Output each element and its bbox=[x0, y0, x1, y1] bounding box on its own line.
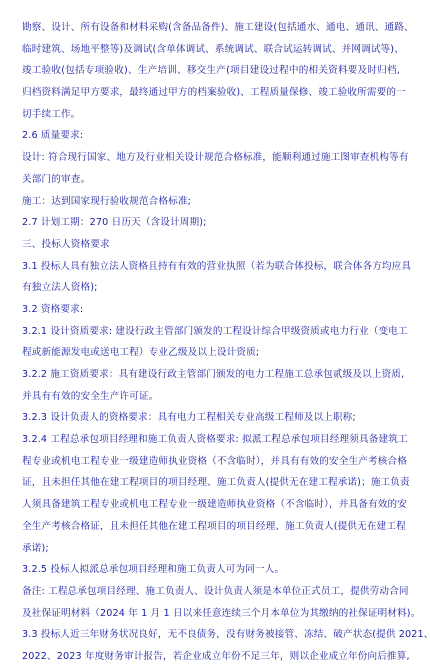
clause-3-2-1-line-2: 程或新能源发电或送电工程）专业乙级及以上设计资质; bbox=[22, 342, 404, 364]
clause-3-2-3: 3.2.3 设计负责人的资格要求：具有电力工程相关专业高级工程师及以上职称; bbox=[22, 407, 404, 429]
clause-3-2-heading: 3.2 资格要求: bbox=[22, 299, 404, 321]
paragraph-scope-line-1: 勘察、设计、所有设备和材料采购(含备品备件)、施工建设(包括通水、通电、通讯、通… bbox=[22, 17, 400, 39]
clause-3-2-5: 3.2.5 投标人拟派总承包项目经理和施工负责人可为同一人。 bbox=[22, 559, 404, 581]
quality-design-line-2: 关部门的审查。 bbox=[22, 169, 404, 191]
clause-3-2-1-line-1: 3.2.1 设计资质要求: 建设行政主管部门颁发的工程设计综合甲级资质或电力行业… bbox=[22, 321, 400, 343]
clause-3-2-4-line-3: 证，且未担任其他在建工程项目的项目经理、施工负责人(提供无在建工程承诺)；施工负… bbox=[22, 472, 400, 494]
clause-3-2-2-line-2: 并具有有效的安全生产许可证。 bbox=[22, 386, 404, 408]
paragraph-scope-line-4: 归档资料满足甲方要求，最终通过甲方的档案验收)、工程质量保修、竣工验收所需要的一 bbox=[22, 82, 400, 104]
clause-3-1-line-2: 有独立法人资格); bbox=[22, 277, 404, 299]
section-heading-quality: 2.6 质量要求: bbox=[22, 125, 404, 147]
section-heading-qualification: 三、投标人资格要求 bbox=[22, 234, 404, 256]
clause-3-3-line-2: 2022、2023 年度财务审计报告，若企业成立年份不足三年，则以企业成立年份向… bbox=[22, 646, 400, 665]
clause-3-2-4-line-4: 人须具备建筑工程专业或机电工程专业一级建造师执业资格（不含临时），并具备有效的安 bbox=[22, 494, 400, 516]
clause-3-3-line-1: 3.3 投标人近三年财务状况良好，无不良债务，没有财务被接管、冻结、破产状态(提… bbox=[22, 624, 400, 646]
clause-3-2-4-line-2: 程专业或机电工程专业一级建造师执业资格（不含临时），并具有有效的安全生产考核合格 bbox=[22, 451, 400, 473]
remark-line-2: 及社保证明材料（2024 年 1 月 1 日以来任意连续三个月本单位为其缴纳的社… bbox=[22, 603, 400, 625]
paragraph-scope-line-3: 竣工验收(包括专项验收)、生产培训、移交生产(项目建设过程中的相关资料要及时归档… bbox=[22, 60, 400, 82]
clause-3-2-4-line-6: 承诺); bbox=[22, 538, 404, 560]
clause-3-2-4-line-1: 3.2.4 工程总承包项目经理和施工负责人资格要求: 拟派工程总承包项目经理须具… bbox=[22, 429, 400, 451]
quality-design-line-1: 设计: 符合现行国家、地方及行业相关设计规范合格标准，能顺利通过施工图审查机构等… bbox=[22, 147, 400, 169]
section-heading-schedule: 2.7 计划工期：270 日历天（含设计周期); bbox=[22, 212, 404, 234]
document-page: 勘察、设计、所有设备和材料采购(含备品备件)、施工建设(包括通水、通电、通讯、通… bbox=[22, 17, 404, 665]
paragraph-scope-line-2: 临时建筑、场地平整等)及调试(含单体调试、系统调试、联合试运转调试、并网调试等)… bbox=[22, 39, 400, 61]
paragraph-scope-line-5: 切手续工作。 bbox=[22, 104, 404, 126]
clause-3-1-line-1: 3.1 投标人具有独立法人资格且持有有效的营业执照（若为联合体投标，联合体各方均… bbox=[22, 256, 400, 278]
clause-3-2-2-line-1: 3.2.2 施工资质要求：具有建设行政主管部门颁发的电力工程施工总承包贰级及以上… bbox=[22, 364, 400, 386]
remark-line-1: 备注: 工程总承包项目经理、施工负责人、设计负责人须是本单位正式员工，提供劳动合… bbox=[22, 581, 400, 603]
clause-3-2-4-line-5: 全生产考核合格证，且未担任其他在建工程项目的项目经理、施工负责人(提供无在建工程 bbox=[22, 516, 400, 538]
quality-construction: 施工：达到国家现行验收规范合格标准; bbox=[22, 191, 404, 213]
